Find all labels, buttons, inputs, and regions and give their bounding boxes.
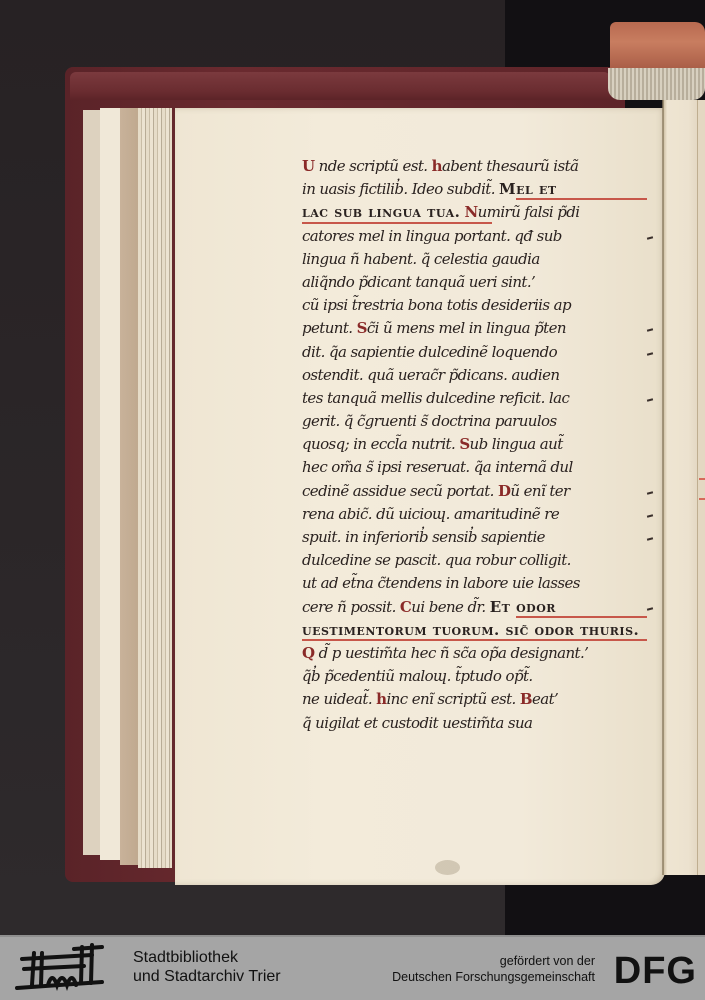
institution-name-line2: und Stadtarchiv Trier xyxy=(133,967,281,986)
page-edge-stack xyxy=(138,108,172,868)
manuscript-line: spuit. in inferiorib̓ sensib̓ sapientie xyxy=(302,526,647,549)
manuscript-line: ostendit. quã uerac̃r p̃dicans. audien xyxy=(302,364,647,387)
rubric-underline xyxy=(516,616,647,618)
manuscript-line: tes tanquã mellis dulcedine reficit. la… xyxy=(302,387,647,410)
text-segment: ostendit. quã uerac̃r p̃dicans. audien xyxy=(302,366,559,384)
facing-page-edge xyxy=(697,100,705,875)
manuscript-viewer: U nde scriptũ est. habent thesaurũ ist… xyxy=(0,0,705,935)
rubricated-initial: h xyxy=(376,690,386,708)
text-segment: ui bene d̃r. xyxy=(411,598,489,616)
manuscript-line: cũ ipsi t̃restria bona totis desideriis… xyxy=(302,294,647,317)
rubricated-initial: U xyxy=(302,157,314,175)
institution-name-line1: Stadtbibliothek xyxy=(133,948,281,967)
clasp-fringe xyxy=(608,68,705,100)
funder-credit: gefördert von der Deutschen Forschungsge… xyxy=(392,953,595,985)
rubricated-quotation: lac sub lingua tua. xyxy=(302,203,460,221)
rubricated-initial: Q xyxy=(302,644,314,662)
text-segment: nde scriptũ est. xyxy=(314,157,431,175)
text-segment: eat’ xyxy=(532,690,558,708)
page-gutter-crease xyxy=(662,100,664,875)
text-segment: ut ad et̃na c̃tendens in labore uie lass… xyxy=(302,574,580,592)
page-edge-strip xyxy=(100,108,122,860)
rubric-underline xyxy=(302,639,647,641)
text-segment: cũ ipsi t̃restria bona totis desideriis… xyxy=(302,296,571,314)
text-segment: umirũ falsi p̃di xyxy=(478,203,580,221)
rubricated-initial: S xyxy=(357,319,367,337)
text-segment: tes tanquã mellis dulcedine reficit. la… xyxy=(302,389,569,407)
manuscript-line: dulcedine se pascit. qua robur colligit. xyxy=(302,549,647,572)
manuscript-line: aliq̃ndo p̃dicant tanquã ueri sint.’ xyxy=(302,271,647,294)
rubricated-initial: D xyxy=(498,482,510,500)
text-segment: ũ enĩ ter xyxy=(510,482,569,500)
dfg-logo: DFG xyxy=(614,952,697,990)
text-segment: gerit. q̃ c̃gruenti s̃ doctrina paruulos xyxy=(302,412,557,430)
facing-page-rubric-mark xyxy=(699,498,705,500)
rubricated-initial: C xyxy=(400,598,411,616)
manuscript-line: Q d̃ p uestim̃ta hec ñ sc̃a op̃a design… xyxy=(302,642,647,665)
manuscript-line: ut ad et̃na c̃tendens in labore uie lass… xyxy=(302,572,647,595)
text-segment: rena abic̃. dũ uicioɰ. amaritudinẽ re xyxy=(302,505,559,523)
text-segment: d̃ p uestim̃ta hec ñ sc̃a op̃a designan… xyxy=(314,644,588,662)
text-segment: cedinẽ assidue secũ portat. xyxy=(302,482,498,500)
manuscript-line: ne uideat̃. hinc enĩ scriptũ est. Beat… xyxy=(302,688,647,711)
text-segment: spuit. in inferiorib̓ sensib̓ sapientie xyxy=(302,528,545,546)
rubricated-quotation: Mel et xyxy=(499,180,557,198)
funder-credit-line1: gefördert von der xyxy=(392,953,595,969)
manuscript-line: dit. q̃a sapientie dulcedinẽ loquendo xyxy=(302,341,647,364)
text-segment: inc enĩ scriptũ est. xyxy=(386,690,519,708)
text-segment: q̃b̓ p̃cedentiũ maloɰ. t̃ptudo op̃t̃. xyxy=(302,667,533,685)
text-segment: catores mel in lingua portant. qđ sub xyxy=(302,227,562,245)
footer-banner: Stadtbibliothek und Stadtarchiv Trier ge… xyxy=(0,935,705,1000)
manuscript-line: gerit. q̃ c̃gruenti s̃ doctrina paruulos xyxy=(302,410,647,433)
rubricated-initial: h xyxy=(432,157,442,175)
manuscript-line: quosq; in eccl̃a nutrit. Sub lingua aut̃ xyxy=(302,433,647,456)
manuscript-line: hec om̃a s̃ ipsi reseruat. q̃a internã … xyxy=(302,456,647,479)
manuscript-line: rena abic̃. dũ uicioɰ. amaritudinẽ re xyxy=(302,503,647,526)
manuscript-line: catores mel in lingua portant. qđ sub xyxy=(302,225,647,248)
text-segment: lingua ñ habent. q̃ celestia gaudia xyxy=(302,250,540,268)
text-segment: cere ñ possit. xyxy=(302,598,400,616)
manuscript-line: petunt. Sc̃i ũ mens mel in lingua p̃ten xyxy=(302,317,647,340)
rubricated-quotation: uestimentorum tuorum. sic̃ odor thuris. xyxy=(302,621,639,639)
manuscript-line: U nde scriptũ est. habent thesaurũ ist… xyxy=(302,155,647,178)
parchment-stain xyxy=(435,860,460,875)
stadtbibliothek-logo-icon xyxy=(12,941,112,997)
text-segment: quosq; in eccl̃a nutrit. xyxy=(302,435,459,453)
text-segment: in uasis fictilib̓. Ideo subdit̃. xyxy=(302,180,499,198)
institution-name: Stadtbibliothek und Stadtarchiv Trier xyxy=(133,948,281,986)
text-segment: ne uideat̃. xyxy=(302,690,376,708)
book-cover-top-edge xyxy=(70,72,610,100)
rubricated-initial: N xyxy=(465,203,478,221)
text-segment: q̃ uigilat et custodit uestim̃ta sua xyxy=(302,714,532,732)
rubricated-initial: B xyxy=(520,690,532,708)
funder-credit-line2: Deutschen Forschungsgemeinschaft xyxy=(392,969,595,985)
text-segment: abent thesaurũ istã xyxy=(442,157,578,175)
rubricated-initial: S xyxy=(459,435,469,453)
text-segment: petunt. xyxy=(302,319,357,337)
text-segment: dulcedine se pascit. qua robur colligit. xyxy=(302,551,571,569)
manuscript-line: q̃ uigilat et custodit uestim̃ta sua xyxy=(302,712,647,735)
text-segment: dit. q̃a sapientie dulcedinẽ loquendo xyxy=(302,343,557,361)
text-segment: ub lingua aut̃ xyxy=(470,435,563,453)
text-segment: hec om̃a s̃ ipsi reseruat. q̃a internã … xyxy=(302,458,573,476)
rubric-underline xyxy=(516,198,647,200)
rubricated-quotation: Et odor xyxy=(490,598,556,616)
manuscript-text-block: U nde scriptũ est. habent thesaurũ ist… xyxy=(302,155,647,735)
text-segment: c̃i ũ mens mel in lingua p̃ten xyxy=(367,319,566,337)
manuscript-line: cedinẽ assidue secũ portat. Dũ enĩ t… xyxy=(302,480,647,503)
text-segment: aliq̃ndo p̃dicant tanquã ueri sint.’ xyxy=(302,273,535,291)
manuscript-line: q̃b̓ p̃cedentiũ maloɰ. t̃ptudo op̃t̃. xyxy=(302,665,647,688)
manuscript-line: lingua ñ habent. q̃ celestia gaudia xyxy=(302,248,647,271)
page-edge-strip xyxy=(120,108,140,865)
clasp-remnant xyxy=(610,22,705,72)
facing-page-rubric-mark xyxy=(699,478,705,480)
rubric-underline xyxy=(302,222,492,224)
